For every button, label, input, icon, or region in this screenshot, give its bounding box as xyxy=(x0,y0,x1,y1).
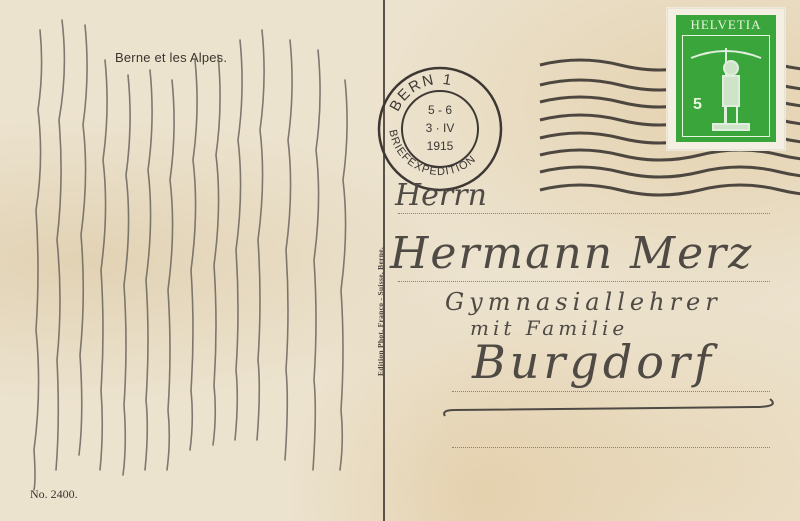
postmark-date: 3 · IV xyxy=(426,121,455,135)
address-line-4 xyxy=(452,447,770,448)
address-name: Hermann Merz xyxy=(390,228,753,279)
postmark-office: BRIEFEXPEDITION xyxy=(386,129,478,179)
address-line-3 xyxy=(452,391,770,392)
postmark-year: 1915 xyxy=(427,139,454,153)
handwritten-message xyxy=(0,0,380,521)
city-underline xyxy=(440,396,780,426)
stamp-country: HELVETIA xyxy=(676,17,776,33)
address-profession: Gymnasiallehrer xyxy=(445,288,722,316)
crossbow-boy-icon xyxy=(683,36,769,136)
stamp-denomination: 5 xyxy=(693,96,702,114)
address-city: Burgdorf xyxy=(472,335,715,389)
circular-postmark: BERN 1 BRIEFEXPEDITION 5 - 6 3 · IV 1915 xyxy=(375,64,505,194)
address-line-1 xyxy=(398,213,770,214)
postcard: Berne et les Alpes. No. 2400. Edition Ph… xyxy=(0,0,800,521)
postage-stamp: HELVETIA 5 xyxy=(667,8,785,150)
address-salutation: Herrn xyxy=(395,178,487,213)
svg-text:BRIEFEXPEDITION: BRIEFEXPEDITION xyxy=(386,129,478,179)
address-line-2 xyxy=(398,281,770,282)
postmark-time: 5 - 6 xyxy=(428,103,452,117)
